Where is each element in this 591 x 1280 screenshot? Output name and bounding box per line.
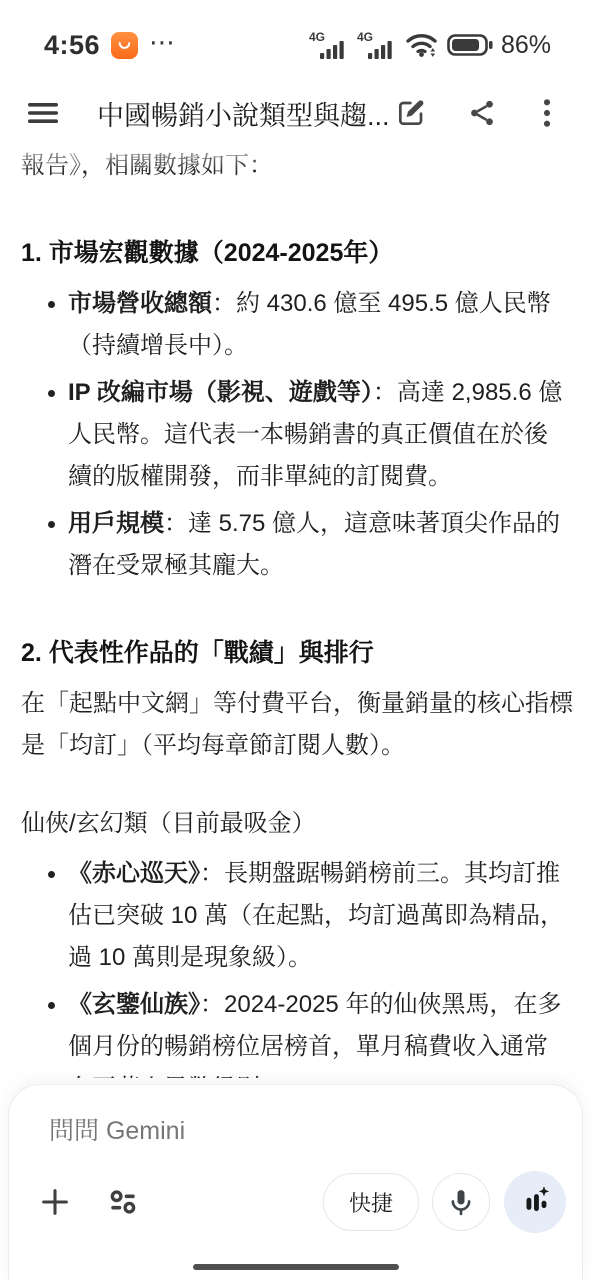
svg-text:4G: 4G bbox=[309, 30, 325, 44]
shortcut-button[interactable]: 快捷 bbox=[323, 1173, 419, 1231]
list-item: 《玄鑒仙族》：2024-2025 年的仙俠黑馬，在多個月份的暢銷榜位居榜首，單月… bbox=[21, 984, 573, 1078]
clipped-intro-line: 報告》，相關數據如下： bbox=[21, 150, 573, 187]
list-item: IP 改編市場（影視、遊戲等）：高達 2,985.6 億人民幣。這代表一本暢銷書… bbox=[21, 372, 573, 498]
share-icon bbox=[467, 98, 497, 128]
section1-heading: 1. 市場宏觀數據（2024-2025年） bbox=[21, 231, 573, 275]
wifi-icon bbox=[405, 30, 439, 60]
conversation-title: 中國暢銷小說類型與趨... bbox=[97, 94, 395, 133]
signal-sim2-4g-icon: 4G bbox=[357, 29, 397, 61]
battery-icon bbox=[447, 33, 493, 57]
list-item: 《赤心巡天》：長期盤踞暢銷榜前三。其均訂推估已突破 10 萬（在起點，均訂過萬即… bbox=[21, 853, 573, 979]
bullet-lead: IP 改編市場（影視、遊戲等） bbox=[68, 379, 373, 406]
bullet-lead: 《玄鑒仙族》 bbox=[68, 991, 200, 1018]
section2-heading: 2. 代表性作品的「戰績」與排行 bbox=[21, 631, 573, 675]
menu-button[interactable] bbox=[26, 99, 60, 127]
live-waveform-sparkle-icon bbox=[518, 1185, 552, 1219]
battery-percent: 86% bbox=[501, 31, 551, 60]
clock-time: 4:56 bbox=[44, 30, 100, 61]
plus-icon bbox=[39, 1186, 71, 1218]
section1-bullet-list: 市場營收總額：約 430.6 億至 495.5 億人民幣（持續增長中）。 IP … bbox=[21, 283, 573, 587]
gemini-app-screen: 4:56 ⋯ 4G 4G bbox=[0, 0, 591, 1280]
bullet-lead: 《赤心巡天》 bbox=[68, 860, 200, 887]
compose-icon bbox=[395, 97, 427, 129]
section2-subheading: 仙俠/玄幻類（目前最吸金） bbox=[21, 803, 573, 845]
app-store-notification-icon bbox=[111, 32, 138, 59]
hamburger-icon bbox=[26, 99, 60, 127]
bullet-lead: 市場營收總額 bbox=[68, 290, 212, 317]
prompt-input[interactable]: 問問 Gemini bbox=[49, 1111, 185, 1147]
bullet-lead: 用戶規模 bbox=[68, 510, 164, 537]
section2-bullet-list: 《赤心巡天》：長期盤踞暢銷榜前三。其均訂推估已突破 10 萬（在起點，均訂過萬即… bbox=[21, 853, 573, 1078]
status-bar: 4:56 ⋯ 4G 4G bbox=[0, 0, 591, 74]
svg-text:4G: 4G bbox=[357, 30, 373, 44]
home-indicator[interactable] bbox=[193, 1264, 399, 1270]
app-header: 中國暢銷小說類型與趨... bbox=[0, 82, 591, 144]
shortcut-button-label: 快捷 bbox=[349, 1187, 393, 1218]
add-attachment-button[interactable] bbox=[33, 1180, 77, 1224]
gemini-live-button[interactable] bbox=[504, 1171, 566, 1233]
voice-input-button[interactable] bbox=[432, 1173, 490, 1231]
section2-paragraph: 在「起點中文網」等付費平台，衡量銷量的核心指標是「均訂」（平均每章節訂閱人數）。 bbox=[21, 683, 573, 767]
microphone-icon bbox=[446, 1187, 476, 1217]
more-options-button[interactable] bbox=[537, 97, 557, 129]
tune-icon bbox=[106, 1185, 140, 1219]
new-chat-button[interactable] bbox=[395, 97, 427, 129]
input-actions-row: 快捷 bbox=[29, 1169, 566, 1235]
status-overflow-dots-icon: ⋯ bbox=[149, 29, 176, 55]
input-card: 問問 Gemini 快捷 bbox=[8, 1084, 583, 1280]
signal-sim1-4g-icon: 4G bbox=[309, 29, 349, 61]
tools-button[interactable] bbox=[101, 1180, 145, 1224]
share-button[interactable] bbox=[467, 98, 497, 128]
more-vert-icon bbox=[537, 97, 557, 129]
list-item: 市場營收總額：約 430.6 億至 495.5 億人民幣（持續增長中）。 bbox=[21, 283, 573, 367]
chat-content: 報告》，相關數據如下： 1. 市場宏觀數據（2024-2025年） 市場營收總額… bbox=[0, 150, 591, 1078]
list-item: 用戶規模：達 5.75 億人，這意味著頂尖作品的潛在受眾極其龐大。 bbox=[21, 503, 573, 587]
